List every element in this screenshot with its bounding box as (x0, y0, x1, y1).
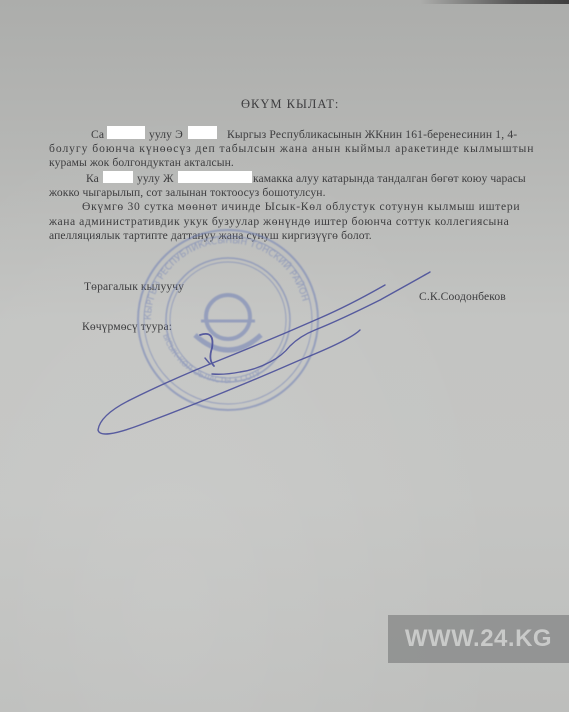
official-seal-stamp: КЫРГЫЗ РЕСПУБЛИКАСЫНЫН ТОНСКИЙ РАЙОН ЫСЫ… (133, 225, 323, 415)
redaction-box (107, 126, 145, 139)
line-2: болугу боюнча күнөөсүз деп табылсын жана… (49, 142, 534, 155)
line-4c: камакка алуу катарында тандалган бөгөт к… (253, 172, 526, 185)
site-watermark: WWW.24.KG (388, 615, 569, 663)
redaction-box (103, 171, 133, 183)
line-1a: Са (91, 128, 104, 141)
line-3: курамы жок болгондуктан акталсын. (49, 156, 234, 169)
line-4a: Ка (86, 172, 99, 185)
document-photo: ӨКҮМ КЫЛАТ: Са уулу Э Кыргыз Республикас… (0, 0, 569, 712)
judge-name: С.К.Соодонбеков (419, 290, 506, 303)
line-6: Өкүмгө 30 сутка мөөнөт ичинде Ысык-Көл о… (82, 200, 520, 213)
line-1b: уулу Э (149, 128, 183, 141)
redaction-box (178, 171, 252, 183)
paper-edge-shadow (420, 0, 569, 4)
watermark-text: WWW.24.KG (405, 625, 552, 653)
redaction-box (188, 126, 217, 139)
line-4b: уулу Ж (137, 172, 174, 185)
line-1c: Кыргыз Республикасынын ЖКнин 161-беренес… (227, 128, 517, 141)
svg-text:ЫСЫК-КӨЛ ОБЛАСТЫ • СОТУ: ЫСЫК-КӨЛ ОБЛАСТЫ • СОТУ (161, 333, 262, 385)
line-5: жокко чыгарылып, сот залынан токтоосуз б… (49, 186, 326, 199)
document-title: ӨКҮМ КЫЛАТ: (241, 97, 339, 112)
